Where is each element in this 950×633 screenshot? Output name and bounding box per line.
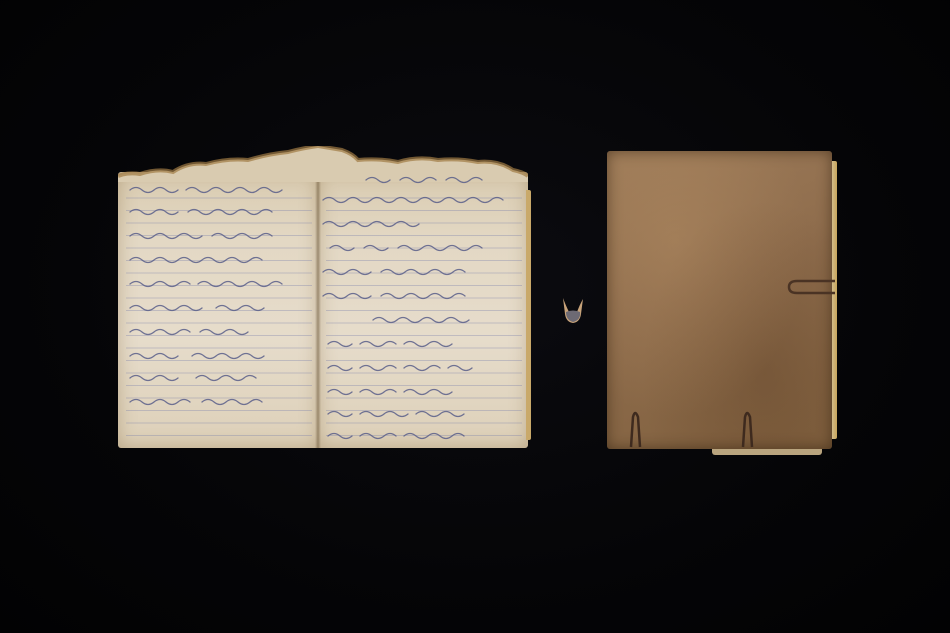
staple-icon [631, 413, 752, 447]
closed-notebook [607, 151, 839, 461]
handwritten-script [118, 150, 533, 448]
paper-clip-icon [789, 281, 835, 293]
open-notebook [118, 150, 533, 448]
tooth [560, 296, 586, 326]
fasteners [607, 151, 839, 461]
